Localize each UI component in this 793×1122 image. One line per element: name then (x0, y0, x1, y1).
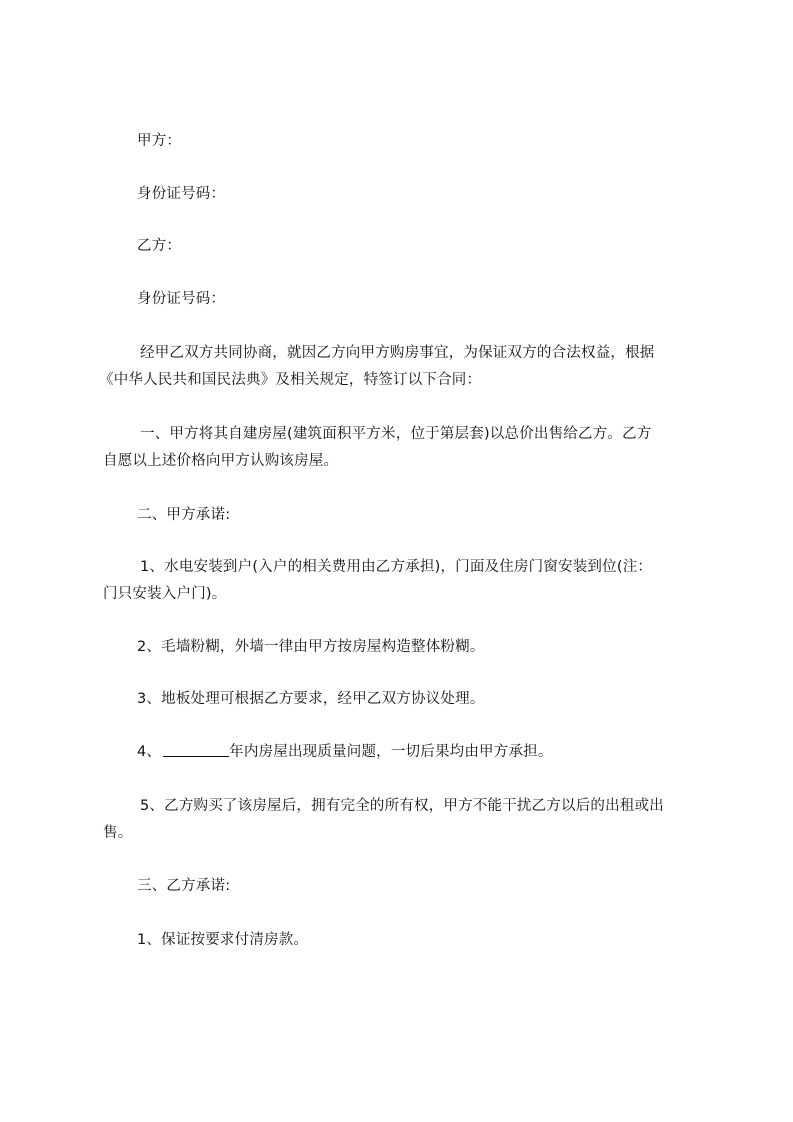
party-a-label: 甲方： (103, 128, 742, 155)
party-b-id-label: 身份证号码： (103, 286, 742, 313)
clause-2-item-1-line-1: 1、水电安装到户(入户的相关费用由乙方承担)，门面及住房门窗安装到位(注： (103, 554, 745, 581)
clause-2-item-3: 3、地板处理可根据乙方要求，经甲乙双方协议处理。 (103, 686, 742, 713)
clause-2-item-1-line-2: 门只安装入户门)。 (103, 581, 708, 608)
clause-2-item-4: 4、年内房屋出现质量问题，一切后果均由甲方承担。 (103, 739, 742, 766)
clause-2-item-5-line-2: 售。 (103, 820, 708, 847)
document-page: 甲方： 身份证号码： 乙方： 身份证号码： 经甲乙双方共同协商，就因乙方向甲方购… (0, 0, 793, 1122)
party-a-id-label: 身份证号码： (103, 181, 742, 208)
clause-1-line-2: 自愿以上述价格向甲方认购该房屋。 (103, 448, 708, 475)
clause-1-line-1: 一、甲方将其自建房屋(建筑面积平方米，位于第层套)以总价出售给乙方。乙方 (103, 421, 745, 448)
blank-year-field (163, 742, 229, 757)
clause-2-item-4-prefix: 4、 (137, 744, 161, 760)
party-b-label: 乙方： (103, 233, 742, 260)
clause-3-item-1: 1、保证按要求付清房款。 (103, 927, 742, 954)
clause-2-item-2: 2、毛墙粉糊，外墙一律由甲方按房屋构造整体粉糊。 (103, 634, 742, 661)
clause-2-item-4-text: 年内房屋出现质量问题，一切后果均由甲方承担。 (229, 744, 552, 760)
clause-2-heading: 二、甲方承诺: (103, 502, 742, 529)
preamble-line-1: 经甲乙双方共同协商，就因乙方向甲方购房事宜，为保证双方的合法权益，根据 (103, 340, 745, 367)
preamble-line-2: 《中华人民共和国民法典》及相关规定，特签订以下合同： (99, 367, 704, 394)
clause-3-heading: 三、乙方承诺: (103, 873, 742, 900)
clause-2-item-5-line-1: 5、乙方购买了该房屋后，拥有完全的所有权，甲方不能干扰乙方以后的出租或出 (103, 793, 745, 820)
